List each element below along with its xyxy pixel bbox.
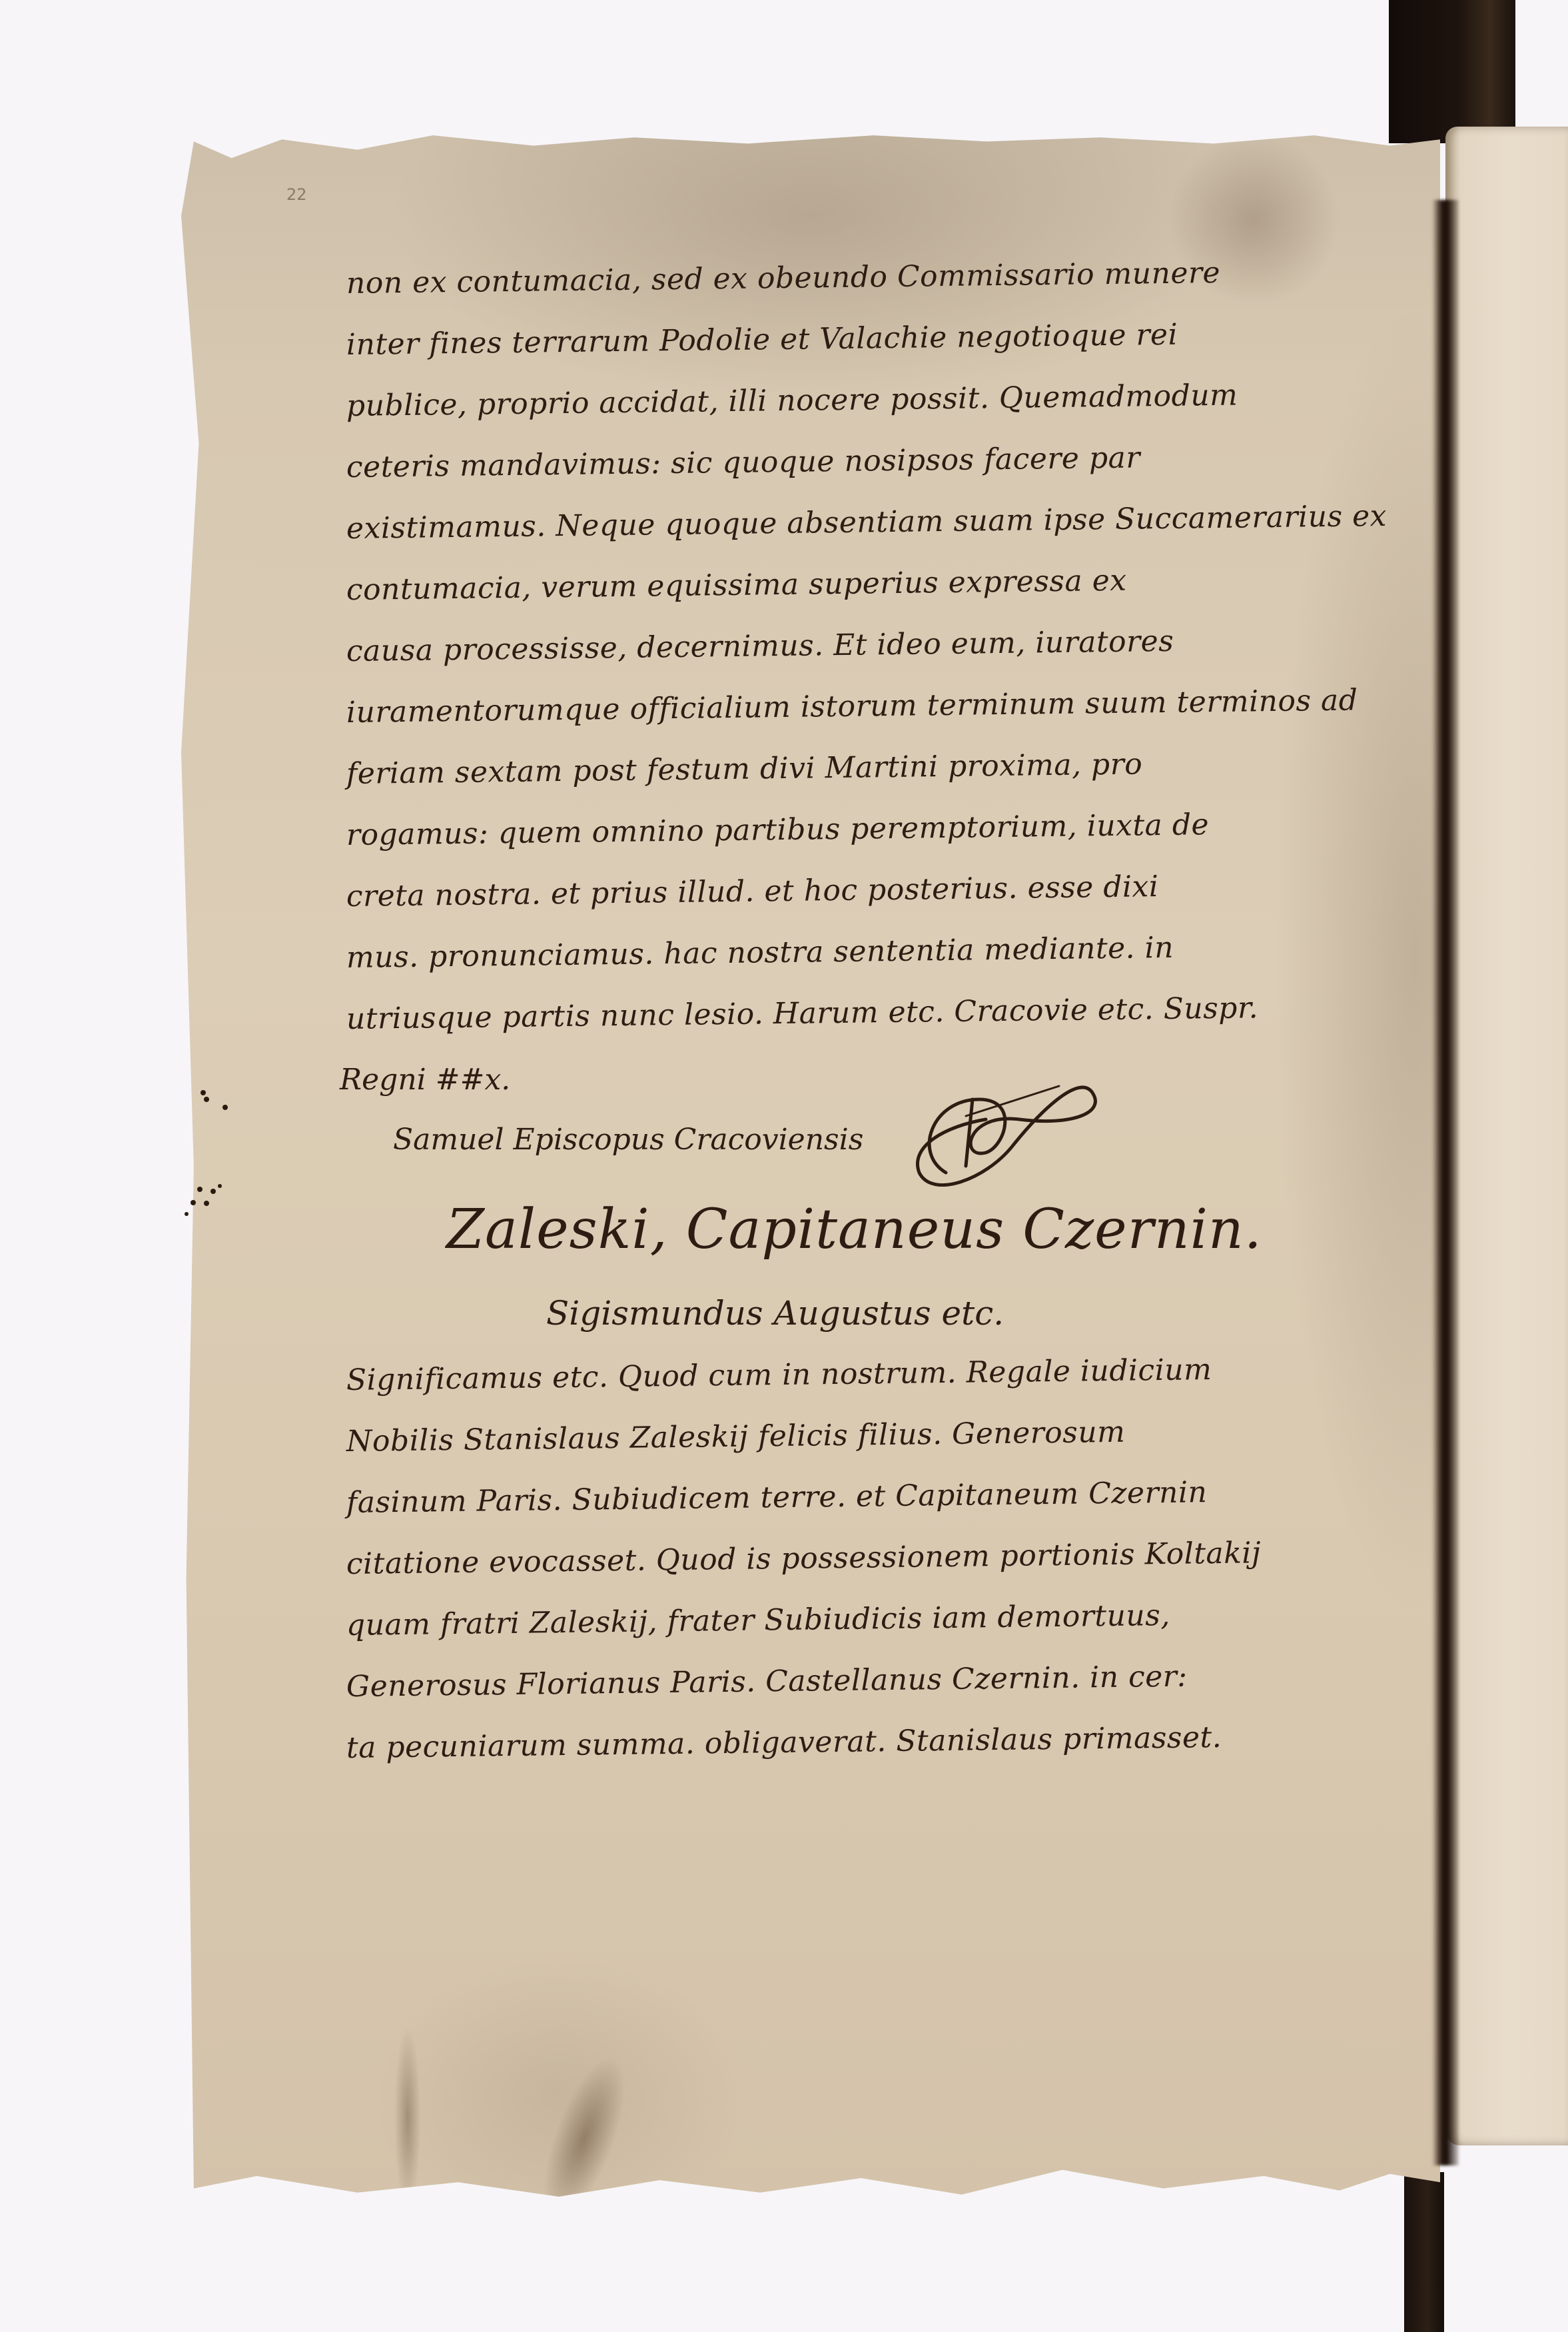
folio-pencil-mark: 22 <box>286 185 307 204</box>
samuel-signature: Samuel Episcopus Cracoviensis <box>393 1110 1306 1170</box>
text-line: fasinum Paris. Subiudicem terre. et Capi… <box>346 1460 1306 1534</box>
manuscript-text: non ex contumacia, sed ex obeundo Commis… <box>346 253 1306 1779</box>
ink-smudge <box>394 2026 421 2212</box>
book-binding-top <box>1389 0 1515 143</box>
text-line: rogamus: quem omnino partibus peremptori… <box>346 793 1306 866</box>
text-line: existimamus. Neque quoque absentiam suam… <box>346 486 1306 560</box>
text-line: Significamus etc. Quod cum in nostrum. R… <box>346 1338 1306 1411</box>
book-gutter <box>1432 200 1459 2165</box>
text-line: ta pecuniarum summa. obligaverat. Stanis… <box>346 1706 1306 1779</box>
text-line: iuramentorumque officialium istorum term… <box>346 670 1306 744</box>
text-line: non ex contumacia, sed ex obeundo Commis… <box>346 241 1306 314</box>
text-line: causa processisse, decernimus. Et ideo e… <box>346 609 1306 682</box>
text-line: citatione evocasset. Quod is possessione… <box>346 1522 1306 1595</box>
section-heading: Zaleski, Capitaneus Czernin. <box>446 1183 1306 1277</box>
text-line: ceteris mandavimus: sic quoque nosipsos … <box>346 425 1306 498</box>
regni-signature: Regni ##x. <box>340 1050 1306 1110</box>
text-line: publice, proprio accidat, illi nocere po… <box>346 364 1306 437</box>
text-line: quam fratri Zaleskij, frater Subiudicis … <box>346 1583 1306 1656</box>
text-line: Nobilis Stanislaus Zaleskij felicis fili… <box>346 1399 1306 1472</box>
text-line: feriam sextam post festum divi Martini p… <box>346 732 1306 805</box>
paraph-flourish-icon <box>906 1073 1119 1206</box>
ink-blots-icon <box>180 1073 253 1233</box>
book-binding-bottom <box>1404 2172 1444 2332</box>
text-line: inter fines terrarum Podolie et Valachie… <box>346 302 1306 376</box>
text-line: Generosus Florianus Paris. Castellanus C… <box>346 1644 1306 1718</box>
text-line: creta nostra. et prius illud. et hoc pos… <box>346 854 1306 927</box>
facing-page-edge <box>1445 127 1568 2145</box>
text-line: mus. pronunciamus. hac nostra sententia … <box>346 915 1306 989</box>
text-line: contumacia, verum equissima superius exp… <box>346 548 1306 621</box>
text-line: utriusque partis nunc lesio. Harum etc. … <box>346 977 1306 1050</box>
